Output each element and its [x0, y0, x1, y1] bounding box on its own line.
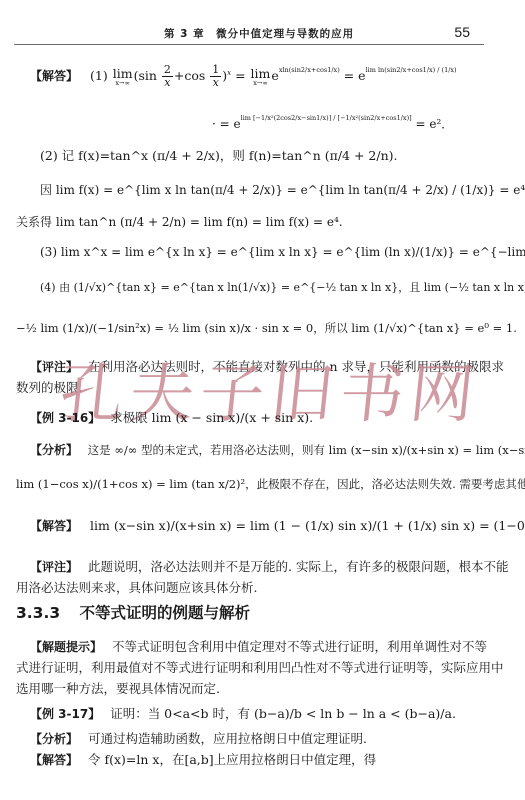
comment1-line1: 【评注】 在利用洛必达法则时，不能直接对数列中的 n 求导，只能利用函数的极限求 — [30, 359, 504, 375]
section-heading: 3.3.3 不等式证明的例题与解析 — [16, 601, 250, 623]
answer1-part4-line1: (4) 由 (1/√x)^{tan x} = e^{tan x ln(1/√x)… — [40, 280, 525, 296]
answer1-part1-line2: · = elim [−1/x²(2cos2/x−sin1/x)] / [−1/x… — [212, 110, 453, 132]
analysis-3-17: 【分析】 可通过构造辅助函数，应用拉格朗日中值定理证明. — [30, 731, 367, 747]
page-header: 第 3 章 微分中值定理与导数的应用 55 — [14, 22, 484, 45]
analysis-3-16-line1: 【分析】 这是 ∞/∞ 型的未定式，若用洛必达法则，则有 lim (x−sin … — [30, 442, 525, 458]
hint-line1: 【解题提示】 不等式证明包含利用中值定理对不等式进行证明，利用单调性对不等 — [30, 639, 487, 655]
answer1-part3-line: (3) lim x^x = lim e^{x ln x} = e^{lim x … — [40, 244, 525, 260]
comment2-line1: 【评注】 此题说明，洛必达法则并不是万能的. 实际上，有许多的极限问题，根本不能 — [30, 559, 508, 575]
answer1-part1-line1: 【解答】 (1) limx→∞(sin 2x+cos 1x)x = limx→∞… — [30, 62, 457, 89]
answer1-part4-line2: −½ lim (1/x)/(−1/sin²x) = ½ lim (sin x)/… — [16, 320, 517, 336]
comment2-line2: 用洛必达法则来求，具体问题应该具体分析. — [16, 580, 257, 596]
example-3-16: 【例 3-16】 求极限 lim (x − sin x)/(x + sin x)… — [30, 410, 313, 426]
comment1-line2: 数列的极限. — [16, 380, 82, 396]
answer1-part2-line1: (2) 记 f(x)=tan^x (π/4 + 2/x)，则 f(n)=tan^… — [40, 148, 398, 164]
section-number: 3.3.3 — [16, 604, 60, 622]
answer1-part2-line3: 关系得 lim tan^n (π/4 + 2/n) = lim f(n) = l… — [16, 214, 343, 230]
hint-line3: 选用哪一种方法，要视具体情况而定. — [16, 681, 220, 697]
answer-tag: 【解答】 — [30, 69, 78, 83]
book-page: 第 3 章 微分中值定理与导数的应用 55 【解答】 (1) limx→∞(si… — [0, 0, 525, 800]
hint-line2: 式进行证明，利用最值对不等式进行证明和利用凹凸性对不等式进行证明等，实际应用中 — [16, 660, 504, 676]
analysis-3-16-line2: lim (1−cos x)/(1+cos x) = lim (tan x/2)²… — [16, 476, 525, 492]
answer1-part2-line2: 因 lim f(x) = e^{lim x ln tan(π/4 + 2/x)}… — [40, 182, 525, 198]
answer-3-16: 【解答】 lim (x−sin x)/(x+sin x) = lim (1 − … — [30, 518, 525, 534]
answer-3-17: 【解答】 令 f(x)=ln x，在[a,b]上应用拉格朗日中值定理，得 — [30, 752, 376, 768]
section-title: 不等式证明的例题与解析 — [80, 604, 251, 622]
example-3-17: 【例 3-17】 证明：当 0<a<b 时，有 (b−a)/b < ln b −… — [30, 706, 456, 722]
chapter-title: 第 3 章 微分中值定理与导数的应用 — [164, 26, 354, 41]
page-number: 55 — [454, 24, 470, 40]
